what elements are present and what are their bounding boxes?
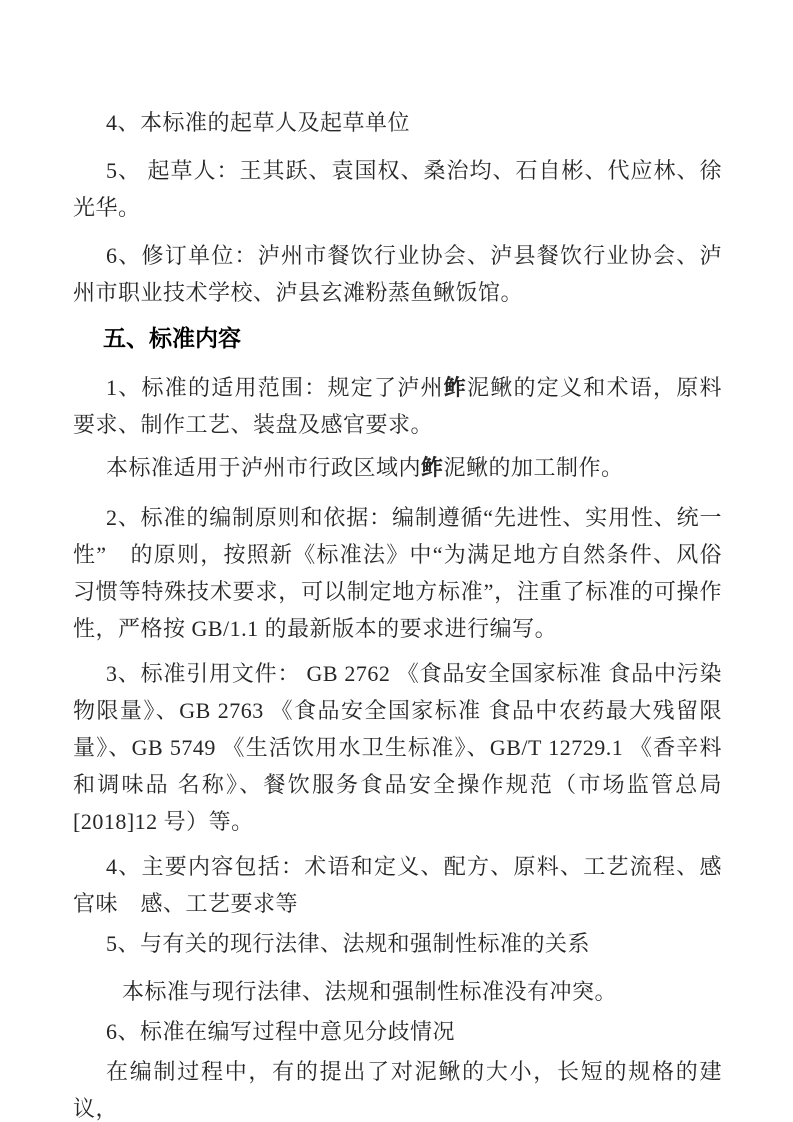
- applicability-zha-glyph: 鲊: [421, 455, 444, 480]
- paragraph-main-contents: 4、主要内容包括：术语和定义、配方、原料、工艺流程、感官味 感、工艺要求等: [73, 848, 722, 922]
- paragraph-law-relation-title: 5、与有关的现行法律、法规和强制性标准的关系: [73, 925, 722, 962]
- applicability-text-end: 泥鳅的加工制作。: [444, 455, 624, 480]
- scope-zha-glyph: 鲊: [444, 375, 467, 400]
- paragraph-disagreement-body: 在编制过程中，有的提出了对泥鳅的大小，长短的规格的建议，: [73, 1053, 722, 1122]
- paragraph-revision-units: 6、修订单位：泸州市餐饮行业协会、泸县餐饮行业协会、泸州市职业技术学校、泸县玄滩…: [73, 237, 722, 311]
- paragraph-disagreement-title: 6、标准在编写过程中意见分歧情况: [73, 1013, 722, 1050]
- applicability-text-start: 本标准适用于泸州市行政区域内: [106, 455, 421, 480]
- paragraph-principles: 2、标准的编制原则和依据：编制遵循“先进性、实用性、统一性” 的原则，按照新《标…: [73, 499, 722, 647]
- document-page: 4、本标准的起草人及起草单位 5、 起草人：王其跃、袁国权、桑治均、石自彬、代应…: [73, 104, 722, 1122]
- paragraph-references: 3、标准引用文件： GB 2762 《食品安全国家标准 食品中污染物限量》、GB…: [73, 655, 722, 840]
- paragraph-scope: 1、标准的适用范围：规定了泸州鲊泥鳅的定义和术语，原料要求、制作工艺、装盘及感官…: [73, 369, 722, 443]
- paragraph-applicability: 本标准适用于泸州市行政区域内鲊泥鳅的加工制作。: [73, 449, 722, 486]
- paragraph-drafters-title: 4、本标准的起草人及起草单位: [73, 104, 722, 141]
- scope-text-start: 1、标准的适用范围：规定了泸州: [106, 375, 444, 400]
- paragraph-law-relation-body: 本标准与现行法律、法规和强制性标准没有冲突。: [73, 973, 722, 1010]
- section-heading-standard-content: 五、标准内容: [73, 322, 722, 355]
- paragraph-drafters: 5、 起草人：王其跃、袁国权、桑治均、石自彬、代应林、徐光华。: [73, 152, 722, 226]
